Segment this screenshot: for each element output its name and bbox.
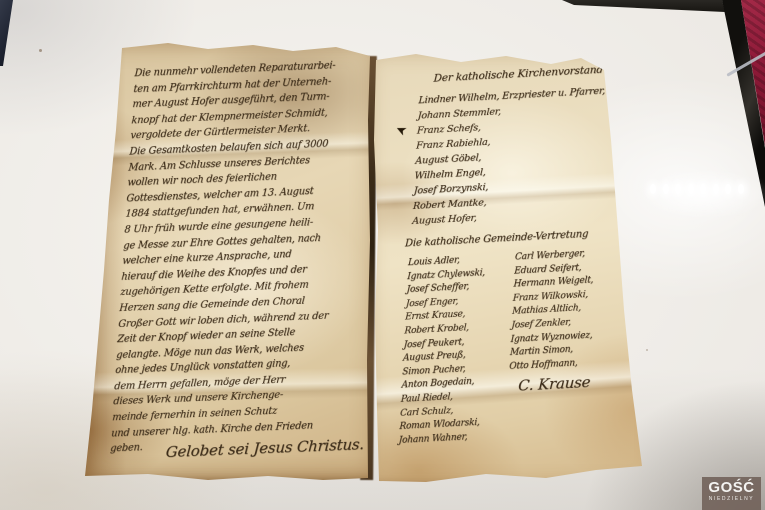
representatives-columns: Louis Adler,Ignatz Chylewski,Josef Schef…: [398, 245, 648, 449]
reflection-dot: [675, 184, 681, 194]
reflection-dot: [688, 184, 694, 194]
reflection-dot: [713, 184, 719, 194]
dust-speck: [646, 349, 648, 351]
watermark-subtitle: NIEDZIELNY: [709, 496, 754, 503]
frame-left-corner-sliver: [0, 0, 16, 66]
ink-blot-arrow-icon: ➤: [393, 120, 409, 138]
reflection-dot: [738, 184, 744, 194]
watermark-title: GOŚĆ: [708, 480, 754, 495]
council-heading: Der katholische Kirchenvorstand: [433, 59, 658, 87]
representatives-column-1: Louis Adler,Ignatz Chylewski,Josef Schef…: [398, 252, 515, 449]
dust-speck: [39, 49, 42, 52]
representatives-column-2: Carl Werberger,Eduard Seifert,Hermann We…: [505, 245, 648, 443]
manuscript-left-page: Die nunmehr vollendeten Reparaturarbei-t…: [78, 40, 378, 484]
left-page-text: Die nunmehr vollendeten Reparaturarbei-t…: [109, 57, 375, 465]
handwriting-lines: Die nunmehr vollendeten Reparaturarbei-t…: [110, 57, 375, 458]
representatives-column-2-names: Carl Werberger,Eduard Seifert,Hermann We…: [509, 245, 648, 375]
led-reflection-dots: [650, 184, 760, 196]
reflection-dot: [663, 184, 669, 194]
framed-document-photo: Die nunmehr vollendeten Reparaturarbei-t…: [0, 0, 765, 510]
reflection-dot: [725, 184, 731, 194]
reflection-dot: [700, 184, 706, 194]
gosc-niedzielny-watermark: GOŚĆ NIEDZIELNY: [702, 477, 761, 510]
krause-signature: C. Krause: [518, 370, 642, 395]
manuscript-right-page: ➤ Der katholische Kirchenvorstand Lindne…: [366, 50, 658, 488]
right-page-text: Der katholische Kirchenvorstand Lindner …: [392, 59, 657, 449]
reflection-dot: [650, 184, 656, 194]
council-name-list: Lindner Wilhelm, Erzpriester u. Pfarrer,…: [412, 81, 657, 229]
picture-frame-top-edge: [560, 0, 730, 14]
